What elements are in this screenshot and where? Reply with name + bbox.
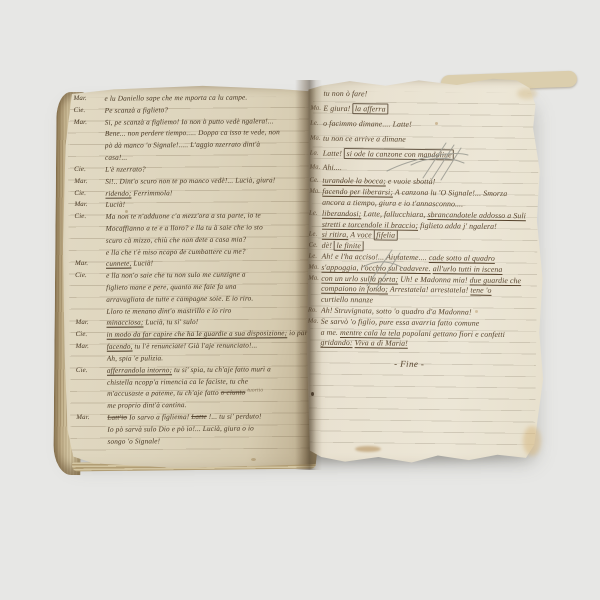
speaker-label: Cie. — [76, 364, 107, 376]
line-segment: o ciunto — [221, 388, 246, 397]
line-segment: A canzona lu 'O Signale!... Smorza — [395, 188, 507, 198]
line-segment: Si, pe scanzà a figliemo! Io non ò putto… — [105, 116, 274, 126]
speaker-label — [75, 235, 106, 247]
speaker-label: Cie. — [74, 105, 105, 117]
line-segment: Ferrimmola! — [133, 188, 172, 197]
line-segment: songo 'o Signale! — [107, 436, 160, 445]
line-segment: Ma non te n'adduone c'a mezz'ora a sta p… — [105, 211, 260, 221]
left-page: Mar.e lu Daniello sape che me mporta ca … — [63, 84, 317, 468]
speaker-label — [310, 87, 323, 102]
manuscript-book: Mar.e lu Daniello sape che me mporta ca … — [55, 70, 547, 478]
right-page-text: - Fine - tu non ò fare! Ma.E giura! la a… — [307, 87, 542, 352]
line-segment: Se sarvò 'o figlio, pure essa avarria fa… — [321, 316, 480, 327]
line-segment: o facimmo dimane.... Latte! — [323, 119, 412, 129]
line-segment: facendo per liberarsi; — [322, 187, 393, 197]
speaker-label: Cie. — [74, 187, 105, 199]
line-segment: Ah! e l'ha acciso!... Aiutateme.... — [321, 252, 426, 262]
line-segment: s'appoggia, l'occhio sul cadavere. — [321, 262, 430, 272]
line-text: songo 'o Signale! — [107, 434, 316, 448]
line-segment: si ritira, — [322, 230, 349, 239]
line-segment: fifelia — [374, 230, 398, 241]
line-segment: sbrancandotele addosso a Suli — [427, 210, 526, 220]
line-segment: Pe scanzà a figlieto? — [105, 105, 169, 115]
speaker-label — [74, 152, 105, 164]
speaker-label: Le. — [309, 208, 322, 219]
line-segment: Ah, spia 'e pulizia. — [107, 353, 164, 362]
line-segment: arravugliata de tutte e campagne soie. E… — [106, 293, 253, 303]
line-segment: casa!... — [105, 153, 127, 162]
line-segment: Lucià, tu si' sulo! — [145, 317, 198, 326]
line-segment: Latt'io — [107, 413, 127, 422]
line-segment: in modo da far capire che ha le guardie … — [107, 328, 288, 339]
line-segment: Lucià! — [133, 259, 153, 268]
line-segment: mentre cala la tela — [340, 327, 400, 337]
line-segment: e lla che t'è miso ncapo de cumbattere c… — [106, 246, 246, 256]
line-segment: Arrestatela! arrestatela! — [390, 285, 468, 295]
line-segment: con un urlo sulla porta; — [321, 273, 398, 283]
line-segment: m'accusaste a pateme, tu ch'aje fatto — [107, 388, 219, 398]
speaker-label: Mar. — [74, 116, 105, 128]
line-segment: Uh! e Madonna mia! — [400, 274, 468, 284]
line-segment: Viva a dì Maria! — [355, 338, 408, 348]
line-segment: due guardie che — [470, 275, 522, 285]
line-segment: gridando: — [320, 338, 352, 347]
line-segment: dè! — [322, 241, 332, 250]
speaker-label: Mar. — [75, 317, 106, 329]
line-segment: tene 'o — [470, 286, 491, 295]
line-segment: scuro cà mizzo, chiù che non dete a casa… — [106, 234, 247, 244]
speaker-label: Cie. — [74, 164, 105, 176]
line-segment: Io pò sarvà sulo Dio e pò io!... Lucià, … — [107, 423, 254, 433]
speaker-label: Mar. — [74, 199, 105, 211]
line-segment: cade sotto al quadro — [429, 253, 495, 263]
speaker-label: Le. — [308, 252, 321, 263]
speaker-label — [76, 353, 107, 365]
speaker-label: Ma. — [310, 161, 323, 176]
right-page: - Fine - tu non ò fare! Ma.E giura! la a… — [307, 78, 545, 464]
line-segment: tuortio — [247, 387, 263, 393]
line-segment: Latte — [191, 412, 207, 421]
line-segment: figlieto adda j' ngalera! — [420, 220, 497, 230]
line-segment: Ah! Struvignata, sotto 'o quadro d'a Mad… — [321, 306, 472, 317]
line-segment: a me. — [321, 327, 338, 336]
line-segment: la afferra — [352, 103, 388, 114]
speaker-label: Ma. — [308, 273, 321, 284]
speaker-label — [75, 223, 106, 235]
line-segment: stretti e torcendole il braccio; — [322, 219, 418, 229]
speaker-label — [76, 435, 107, 447]
speaker-label — [75, 282, 106, 294]
line-segment: tu non ce arrive a dimane — [323, 133, 406, 143]
line-segment: e vuoie sbottà! — [388, 177, 436, 187]
speaker-label — [74, 140, 105, 152]
speaker-label — [76, 424, 107, 436]
speaker-label: La. — [310, 146, 323, 161]
speaker-label: Le. — [309, 230, 322, 241]
line-segment: facendo, — [107, 342, 133, 351]
speaker-label: Cie. — [76, 329, 107, 341]
line-segment: L'è nzerrato? — [105, 164, 146, 173]
line-segment: tu non ò fare! — [323, 89, 367, 99]
speaker-label: Mar. — [76, 412, 107, 424]
left-page-text: Mar.e lu Daniello sape che me mporta ca … — [73, 91, 316, 447]
line-segment: chistella ncopp'a rimencia ca le faciste… — [107, 376, 248, 386]
speaker-label — [75, 294, 106, 306]
speaker-label — [308, 327, 321, 338]
speaker-label: Cie. — [75, 270, 106, 282]
speaker-label: Mar. — [76, 341, 107, 353]
line-segment: figlieto mane e pere, quanto me faie fa … — [106, 282, 236, 292]
line-segment: me proprio dint'à cantina. — [107, 400, 186, 410]
fine-marker: - Fine - — [359, 358, 459, 369]
line-segment: A voce — [350, 230, 372, 239]
line-segment: all'urlo tutti in iscena — [433, 264, 503, 274]
line-segment: Lucià! — [105, 200, 125, 209]
line-segment: Latte, fallucchiara, — [363, 209, 425, 219]
speaker-label: Mar. — [75, 258, 106, 270]
line-segment: e lu Daniello sape che me mporta ca lu c… — [104, 93, 247, 103]
speaker-label: Cie. — [74, 211, 105, 223]
line-segment: Mocaffianno a te e a lloro? e lla tu à s… — [106, 222, 263, 232]
line-segment: ancora a tiempo, giura e io t'annasconno… — [322, 198, 463, 209]
line-segment: Io sarvo a figliema! — [129, 412, 189, 422]
line-segment: Lloro te menano dint'o mastrillo e io ri… — [106, 305, 231, 315]
speaker-label — [308, 284, 321, 295]
speaker-label — [309, 219, 322, 230]
speaker-label: Ma. — [308, 316, 321, 327]
speaker-label: Ce. — [309, 241, 322, 252]
speaker-label — [308, 295, 321, 306]
line-segment: si ode la canzone con mandoline — [344, 148, 454, 160]
speaker-label: Ma. — [310, 101, 323, 116]
line-segment: compaiono in fondo; — [321, 284, 388, 294]
speaker-label — [74, 128, 105, 140]
manuscript-line: songo 'o Signale! — [76, 434, 316, 448]
speaker-label — [76, 400, 107, 412]
line-segment: Latte! — [323, 148, 342, 157]
speaker-label: Mar. — [74, 175, 105, 187]
line-segment: turandole la bocca; — [322, 176, 386, 186]
speaker-label: Mar. — [73, 93, 104, 105]
line-segment: e lla non'o saie che tu non sulo me cunz… — [106, 270, 246, 280]
speaker-label: Ma. — [308, 262, 321, 273]
speaker-label: Ma. — [309, 187, 322, 198]
line-segment: !... tu si' perduto! — [209, 411, 262, 420]
speaker-label — [76, 388, 107, 400]
line-segment: E giura! — [323, 104, 350, 113]
speaker-label: Ro. — [308, 305, 321, 316]
line-segment: Bene... non perdere tiempo..... Doppo ca… — [105, 128, 280, 139]
line-segment: afferrandola intorno; — [107, 365, 172, 375]
speaker-label — [76, 376, 107, 388]
speaker-label — [309, 198, 322, 209]
line-segment: tu l'è renunciate! Già l'aje renunciato!… — [134, 341, 257, 351]
speaker-label — [307, 338, 320, 349]
line-segment: liberandosi; — [322, 208, 361, 217]
line-segment: ridendo; — [105, 188, 131, 197]
line-segment: popolani gettano fiori e confetti — [402, 328, 505, 338]
line-segment: Si!.. Dint'o scuro non te po manco vedè!… — [105, 175, 275, 185]
line-segment: le finite — [334, 241, 364, 252]
speaker-label: Ma. — [310, 131, 323, 146]
photo-backdrop: { "scene": { "description": "Photograph … — [0, 0, 600, 600]
speaker-label — [75, 246, 106, 258]
line-segment: cunnete, — [106, 259, 132, 268]
line-segment: pò dà manco 'o Signale!..... L'aggio nze… — [105, 140, 260, 150]
speaker-label: Le. — [310, 116, 323, 131]
speaker-label: Ce. — [309, 176, 322, 187]
line-segment: tu si' spia, tu ch'aje fatto murì a — [174, 364, 271, 374]
line-segment: Ahi.... — [323, 163, 342, 172]
line-segment: curtiello nnanze — [321, 295, 373, 305]
speaker-label — [75, 305, 106, 317]
line-segment: minacciosa; — [106, 318, 143, 327]
